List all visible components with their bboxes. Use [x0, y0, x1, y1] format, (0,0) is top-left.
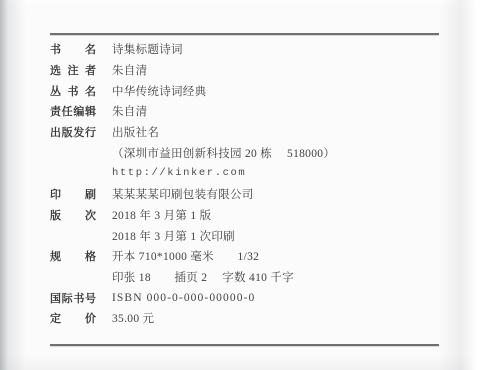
field-value: 2018 年 3 月第 1 版: [112, 207, 211, 223]
row-book-title: 书名 诗集标题诗词: [50, 39, 439, 60]
field-label: 责任编辑: [50, 103, 96, 119]
row-publisher-address: （深圳市益田创新科技园 20 栋 518000）: [50, 142, 439, 163]
field-label: 书名: [50, 41, 96, 57]
field-label: 国际书号: [50, 290, 96, 306]
colophon-page: 书名 诗集标题诗词 选注者 朱自清 丛书名 中华传统诗词经典 责任编辑 朱自清 …: [0, 0, 491, 370]
field-label: 选注者: [50, 62, 96, 78]
row-annotator: 选注者 朱自清: [50, 60, 439, 81]
row-series-title: 丛书名 中华传统诗词经典: [50, 80, 439, 101]
field-value: 中华传统诗词经典: [112, 83, 206, 99]
field-label: 出版发行: [50, 124, 96, 140]
row-price: 定价 35.00 元: [50, 308, 439, 329]
field-label: 印刷: [50, 186, 96, 202]
publisher-url: http://kinker.com: [112, 167, 246, 179]
bottom-rule: [50, 344, 439, 346]
row-editor: 责任编辑 朱自清: [50, 101, 439, 122]
top-rule: [50, 33, 439, 35]
row-printing: 2018 年 3 月第 1 次印刷: [50, 225, 439, 246]
row-publisher: 出版发行 出版社名: [50, 122, 439, 143]
row-edition: 版次 2018 年 3 月第 1 版: [50, 205, 439, 226]
field-label: 丛书名: [50, 83, 96, 99]
field-value: 某某某某印刷包装有限公司: [112, 186, 254, 202]
row-printer: 印刷 某某某某印刷包装有限公司: [50, 184, 439, 205]
field-value: 诗集标题诗词: [112, 41, 183, 57]
field-value: 印张 18 插页 2 字数 410 千字: [112, 269, 294, 285]
field-value: 朱自清: [112, 103, 147, 119]
row-isbn: 国际书号 ISBN 000-0-000-00000-0: [50, 287, 439, 308]
field-value: 开本 710*1000 毫米 1/32: [112, 248, 259, 264]
row-publisher-url: http://kinker.com: [50, 163, 439, 184]
field-value: 出版社名: [112, 124, 159, 140]
price-value: 35.00 元: [112, 310, 154, 326]
field-value: 2018 年 3 月第 1 次印刷: [112, 228, 235, 244]
field-label: 规格: [50, 248, 96, 264]
field-label: 定价: [50, 310, 96, 326]
row-sheets-wordcount: 印张 18 插页 2 字数 410 千字: [50, 267, 439, 288]
field-label: 版次: [50, 207, 96, 223]
field-value: （深圳市益田创新科技园 20 栋 518000）: [112, 145, 335, 161]
colophon-rows: 书名 诗集标题诗词 选注者 朱自清 丛书名 中华传统诗词经典 责任编辑 朱自清 …: [50, 39, 439, 329]
field-value: 朱自清: [112, 62, 147, 78]
row-format: 规格 开本 710*1000 毫米 1/32: [50, 246, 439, 267]
isbn-value: ISBN 000-0-000-00000-0: [112, 292, 255, 304]
